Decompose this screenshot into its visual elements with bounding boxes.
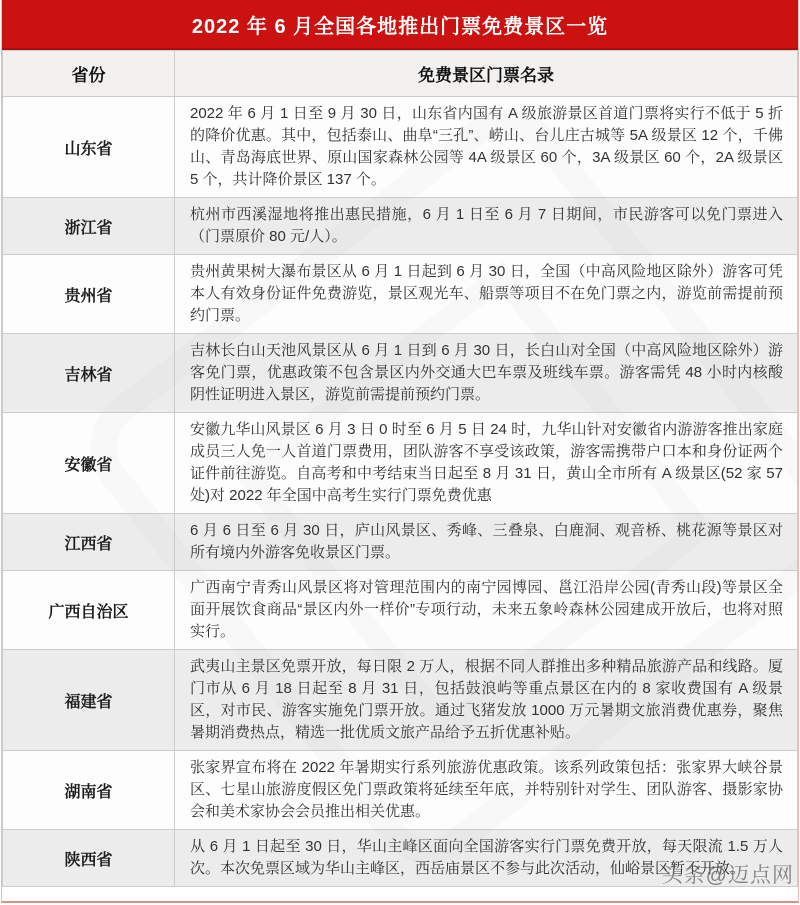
detail-cell: 吉林长白山天池风景区从 6 月 1 日到 6 月 30 日，长白山对全国（中高风… — [175, 334, 798, 413]
detail-cell: 张家界宣布将在 2022 年暑期实行系列旅游优惠政策。该系列政策包括：张家界大峡… — [175, 751, 798, 830]
table-row: 广西自治区 广西南宁青秀山风景区将对管理范围内的南宁园博园、邕江沿岸公园(青秀山… — [3, 571, 798, 650]
table-row: 山东省 2022 年 6 月 1 日至 9 月 30 日，山东省内国有 A 级旅… — [3, 97, 798, 198]
detail-cell: 从 6 月 1 日起至 30 日，华山主峰区面向全国游客实行门票免费开放，每天限… — [175, 830, 798, 887]
table-row: 浙江省 杭州市西溪湿地将推出惠民措施，6 月 1 日至 6 月 7 日期间，市民… — [3, 198, 798, 255]
header-cell-province: 省份 — [3, 51, 175, 97]
province-cell: 陕西省 — [3, 830, 175, 887]
detail-cell: 广西南宁青秀山风景区将对管理范围内的南宁园博园、邕江沿岸公园(青秀山段)等景区全… — [175, 571, 798, 650]
header-row: 省份 免费景区门票名录 — [3, 51, 798, 97]
free-scenic-table: 省份 免费景区门票名录 山东省 2022 年 6 月 1 日至 9 月 30 日… — [2, 50, 798, 887]
infographic-sheet: 2022 年 6 月全国各地推出门票免费景区一览 省份 免费景区门票名录 山东省… — [1, 0, 799, 903]
province-cell: 浙江省 — [3, 198, 175, 255]
province-cell: 吉林省 — [3, 334, 175, 413]
province-cell: 湖南省 — [3, 751, 175, 830]
province-cell: 福建省 — [3, 650, 175, 751]
table-row: 福建省 武夷山主景区免票开放，每日限 2 万人，根据不同人群推出多种精品旅游产品… — [3, 650, 798, 751]
detail-cell: 杭州市西溪湿地将推出惠民措施，6 月 1 日至 6 月 7 日期间，市民游客可以… — [175, 198, 798, 255]
title-bar: 2022 年 6 月全国各地推出门票免费景区一览 — [2, 0, 798, 50]
detail-cell: 安徽九华山风景区 6 月 3 日 0 时至 6 月 5 日 24 时，九华山针对… — [175, 413, 798, 514]
province-cell: 广西自治区 — [3, 571, 175, 650]
table-row: 贵州省 贵州黄果树大瀑布景区从 6 月 1 日起到 6 月 30 日，全国（中高… — [3, 255, 798, 334]
page-title: 2022 年 6 月全国各地推出门票免费景区一览 — [192, 10, 608, 39]
detail-cell: 武夷山主景区免票开放，每日限 2 万人，根据不同人群推出多种精品旅游产品和线路。… — [175, 650, 798, 751]
table-row: 陕西省 从 6 月 1 日起至 30 日，华山主峰区面向全国游客实行门票免费开放… — [3, 830, 798, 887]
detail-cell: 6 月 6 日至 6 月 30 日，庐山风景区、秀峰、三叠泉、白鹿洞、观音桥、桃… — [175, 514, 798, 571]
province-cell: 安徽省 — [3, 413, 175, 514]
detail-cell: 2022 年 6 月 1 日至 9 月 30 日，山东省内国有 A 级旅游景区首… — [175, 97, 798, 198]
province-cell: 贵州省 — [3, 255, 175, 334]
table-row: 吉林省 吉林长白山天池风景区从 6 月 1 日到 6 月 30 日，长白山对全国… — [3, 334, 798, 413]
table-row: 湖南省 张家界宣布将在 2022 年暑期实行系列旅游优惠政策。该系列政策包括：张… — [3, 751, 798, 830]
table-row: 安徽省 安徽九华山风景区 6 月 3 日 0 时至 6 月 5 日 24 时，九… — [3, 413, 798, 514]
table-row: 江西省 6 月 6 日至 6 月 30 日，庐山风景区、秀峰、三叠泉、白鹿洞、观… — [3, 514, 798, 571]
detail-cell: 贵州黄果树大瀑布景区从 6 月 1 日起到 6 月 30 日，全国（中高风险地区… — [175, 255, 798, 334]
province-cell: 江西省 — [3, 514, 175, 571]
province-cell: 山东省 — [3, 97, 175, 198]
header-cell-list: 免费景区门票名录 — [175, 51, 798, 97]
